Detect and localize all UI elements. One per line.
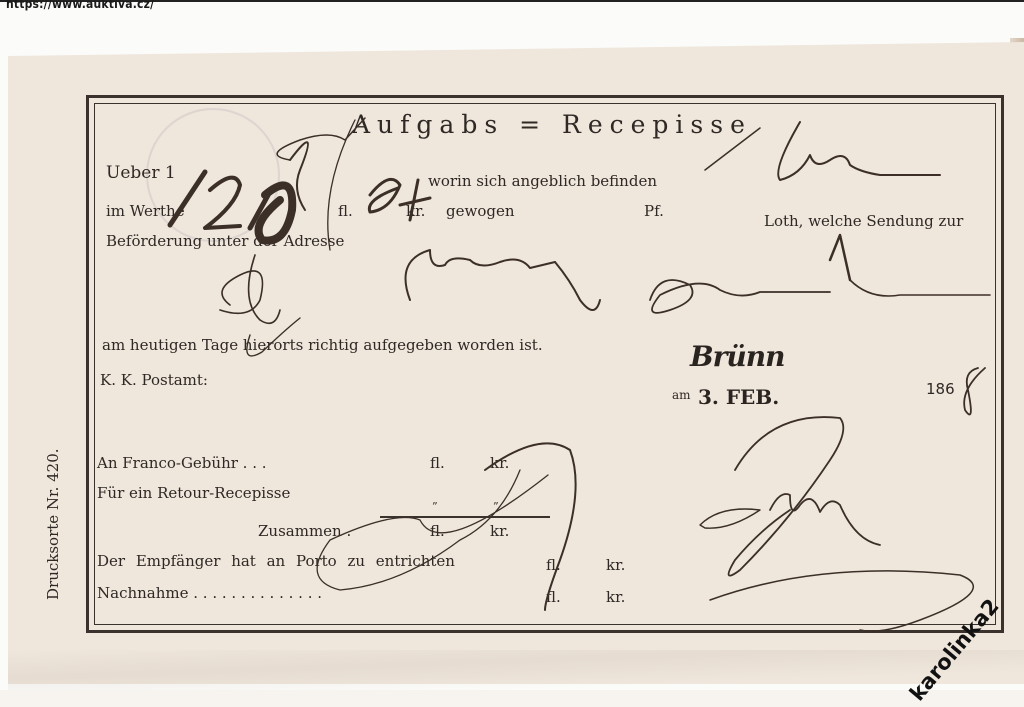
fee-kr-nachnahme: kr. bbox=[606, 588, 625, 606]
form-title: Aufgabs = Recepisse bbox=[352, 110, 752, 139]
fee-kr-franco: kr. bbox=[490, 454, 509, 472]
fee-fl-porto: fl. bbox=[546, 556, 561, 574]
label-kr: kr. bbox=[406, 202, 425, 220]
label-am-heutigen: am heutigen Tage hierorts richtig aufgeg… bbox=[102, 336, 543, 354]
label-fl: fl. bbox=[338, 202, 353, 220]
fee-label-porto: Der Empfänger hat an Porto zu entrichten bbox=[97, 552, 455, 570]
fee-label-franco: An Franco-Gebühr . . . bbox=[97, 454, 267, 472]
fee-fl-nachnahme: fl. bbox=[546, 588, 561, 606]
label-gewogen: gewogen bbox=[446, 202, 515, 220]
source-url: https://www.auktiva.cz/ bbox=[6, 0, 154, 11]
fee-kr-porto: kr. bbox=[606, 556, 625, 574]
fee-label-retour: Für ein Retour-Recepisse bbox=[97, 484, 290, 502]
label-loth: Loth, welche Sendung zur bbox=[764, 212, 963, 230]
fee-kr-zusammen: kr. bbox=[490, 522, 509, 540]
postmark-city: Brünn bbox=[690, 340, 785, 373]
label-am: am bbox=[672, 388, 691, 402]
form-number-label: Drucksorte Nr. 420. bbox=[44, 448, 62, 600]
label-pf: Pf. bbox=[644, 202, 664, 220]
postmark-date: 3. FEB. bbox=[698, 385, 779, 409]
ditto-mark-fl: ” bbox=[432, 500, 438, 513]
label-im-werthe: im Werthe bbox=[106, 202, 185, 220]
label-worin: worin sich angeblich befinden bbox=[428, 172, 657, 190]
fee-label-nachnahme: Nachnahme . . . . . . . . . . . . . . bbox=[97, 584, 322, 602]
ditto-mark-kr: ” bbox=[493, 500, 499, 513]
label-postamt: K. K. Postamt: bbox=[100, 371, 208, 389]
background-strip bbox=[0, 690, 1024, 707]
fee-label-zusammen: Zusammen . bbox=[258, 522, 351, 540]
label-year: 186 bbox=[926, 380, 955, 398]
fee-fl-franco: fl. bbox=[430, 454, 445, 472]
label-befoerderung: Beförderung unter der Adresse bbox=[106, 232, 344, 250]
fee-fl-zusammen: fl. bbox=[430, 522, 445, 540]
label-ueber: Ueber 1 bbox=[106, 163, 176, 183]
sum-rule bbox=[380, 516, 550, 518]
